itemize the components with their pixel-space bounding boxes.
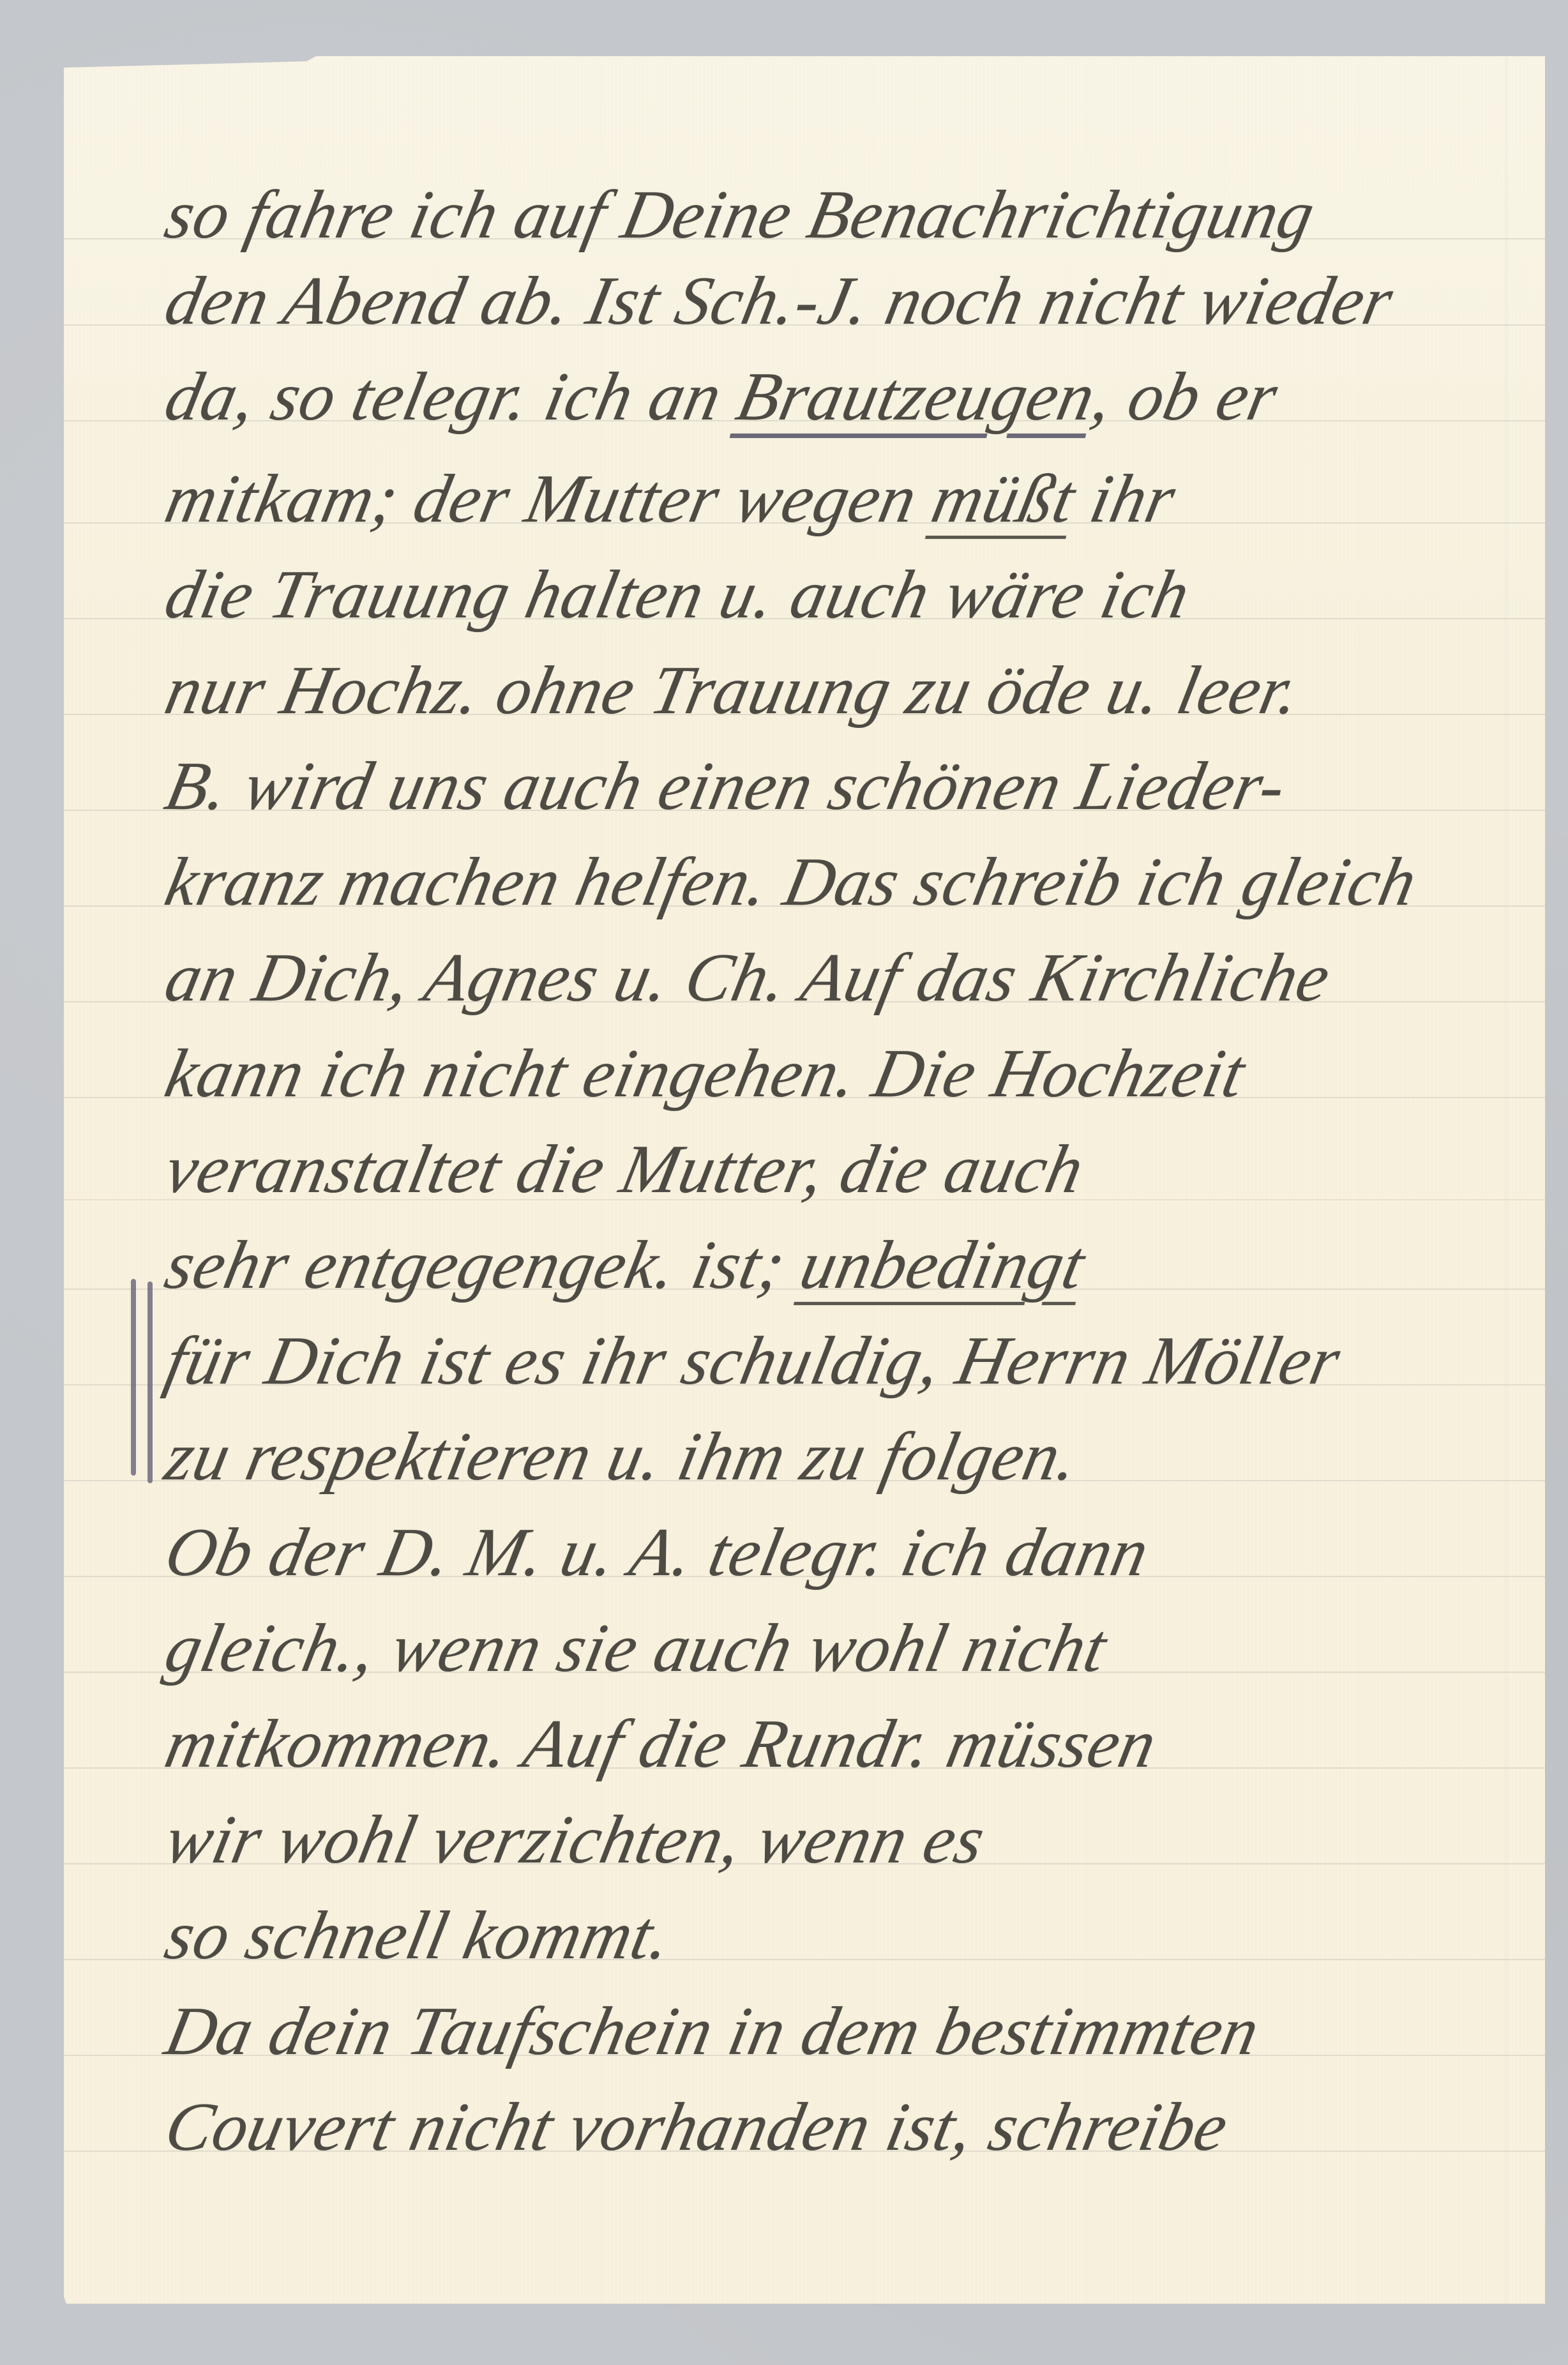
handwritten-line: Da dein Taufschein in dem bestimmten <box>160 1997 1265 2066</box>
handwritten-line: die Trauung halten u. auch wäre ich <box>160 561 1196 630</box>
line-text: mitkam; der Mutter wegen <box>159 461 942 537</box>
letter-page: so fahre ich auf Deine Benachrichtigung … <box>64 56 1545 2304</box>
line-text: sehr entgegengek. ist; <box>159 1227 810 1303</box>
underlined-word-unbedingt: unbedingt <box>794 1227 1092 1303</box>
underlined-word: müßt <box>926 461 1082 537</box>
handwritten-line: nur Hochz. ohne Trauung zu öde u. leer. <box>160 656 1306 725</box>
handwritten-line: den Abend ab. Ist Sch.-J. noch nicht wie… <box>160 267 1399 336</box>
handwritten-line: an Dich, Agnes u. Ch. Auf das Kirchliche <box>160 944 1336 1013</box>
pencil-stroke <box>147 1281 153 1483</box>
handwritten-line: veranstaltet die Mutter, die auch <box>160 1135 1090 1204</box>
pencil-stroke <box>131 1279 136 1476</box>
handwritten-line: mitkommen. Auf die Rundr. müssen <box>160 1710 1163 1779</box>
handwritten-line: wir wohl verzichten, wenn es <box>160 1806 991 1875</box>
handwritten-line: Couvert nicht vorhanden ist, schreibe <box>160 2093 1234 2162</box>
handwritten-line: gleich., wenn sie auch wohl nicht <box>160 1614 1113 1683</box>
handwritten-line: da, so telegr. ich an Brautzeugen, ob er <box>160 363 1284 432</box>
handwritten-line: kann ich nicht eingehen. Die Hochzeit <box>160 1039 1251 1108</box>
handwritten-line: zu respektieren u. ihm zu folgen. <box>160 1423 1085 1492</box>
handwritten-line: so schnell kommt. <box>160 1901 677 1970</box>
handwritten-line: sehr entgegengek. ist; unbedingt <box>160 1231 1091 1300</box>
line-text: da, so telegr. ich an <box>159 359 746 435</box>
line-text: ihr <box>1066 461 1182 537</box>
handwritten-line: kranz machen helfen. Das schreib ich gle… <box>160 848 1422 917</box>
handwritten-line: so fahre ich auf Deine Benachrichtigung <box>160 181 1321 250</box>
handwritten-line: für Dich ist es ihr schuldig, Herrn Möll… <box>160 1327 1346 1396</box>
handwritten-line: B. wird uns auch einen schönen Lieder- <box>160 752 1292 821</box>
margin-double-bar-mark <box>131 1279 158 1476</box>
underlined-word-brautzeugen: Brautzeugen <box>730 359 1102 435</box>
handwritten-line: Ob der D. M. u. A. telegr. ich dann <box>160 1518 1155 1587</box>
vertical-fold-crease <box>1505 56 1507 2304</box>
line-text: , ob er <box>1086 359 1285 435</box>
handwritten-line: mitkam; der Mutter wegen müßt ihr <box>160 465 1182 534</box>
